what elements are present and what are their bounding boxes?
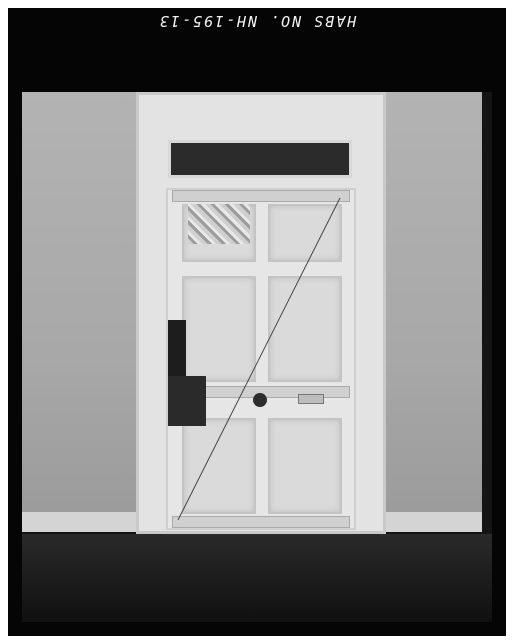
transom-window bbox=[168, 140, 352, 178]
floor bbox=[22, 534, 492, 622]
diagonal-wire bbox=[168, 190, 354, 528]
left-wall bbox=[22, 92, 138, 532]
photo-frame: HABS NO. NH-195-13 bbox=[8, 8, 506, 636]
archive-label: HABS NO. NH-195-13 bbox=[8, 8, 506, 34]
left-baseboard bbox=[22, 512, 138, 532]
doorway-scene bbox=[22, 92, 492, 622]
right-wall bbox=[384, 92, 482, 532]
door bbox=[166, 188, 356, 530]
right-baseboard bbox=[384, 512, 482, 532]
door-casing bbox=[136, 92, 386, 534]
